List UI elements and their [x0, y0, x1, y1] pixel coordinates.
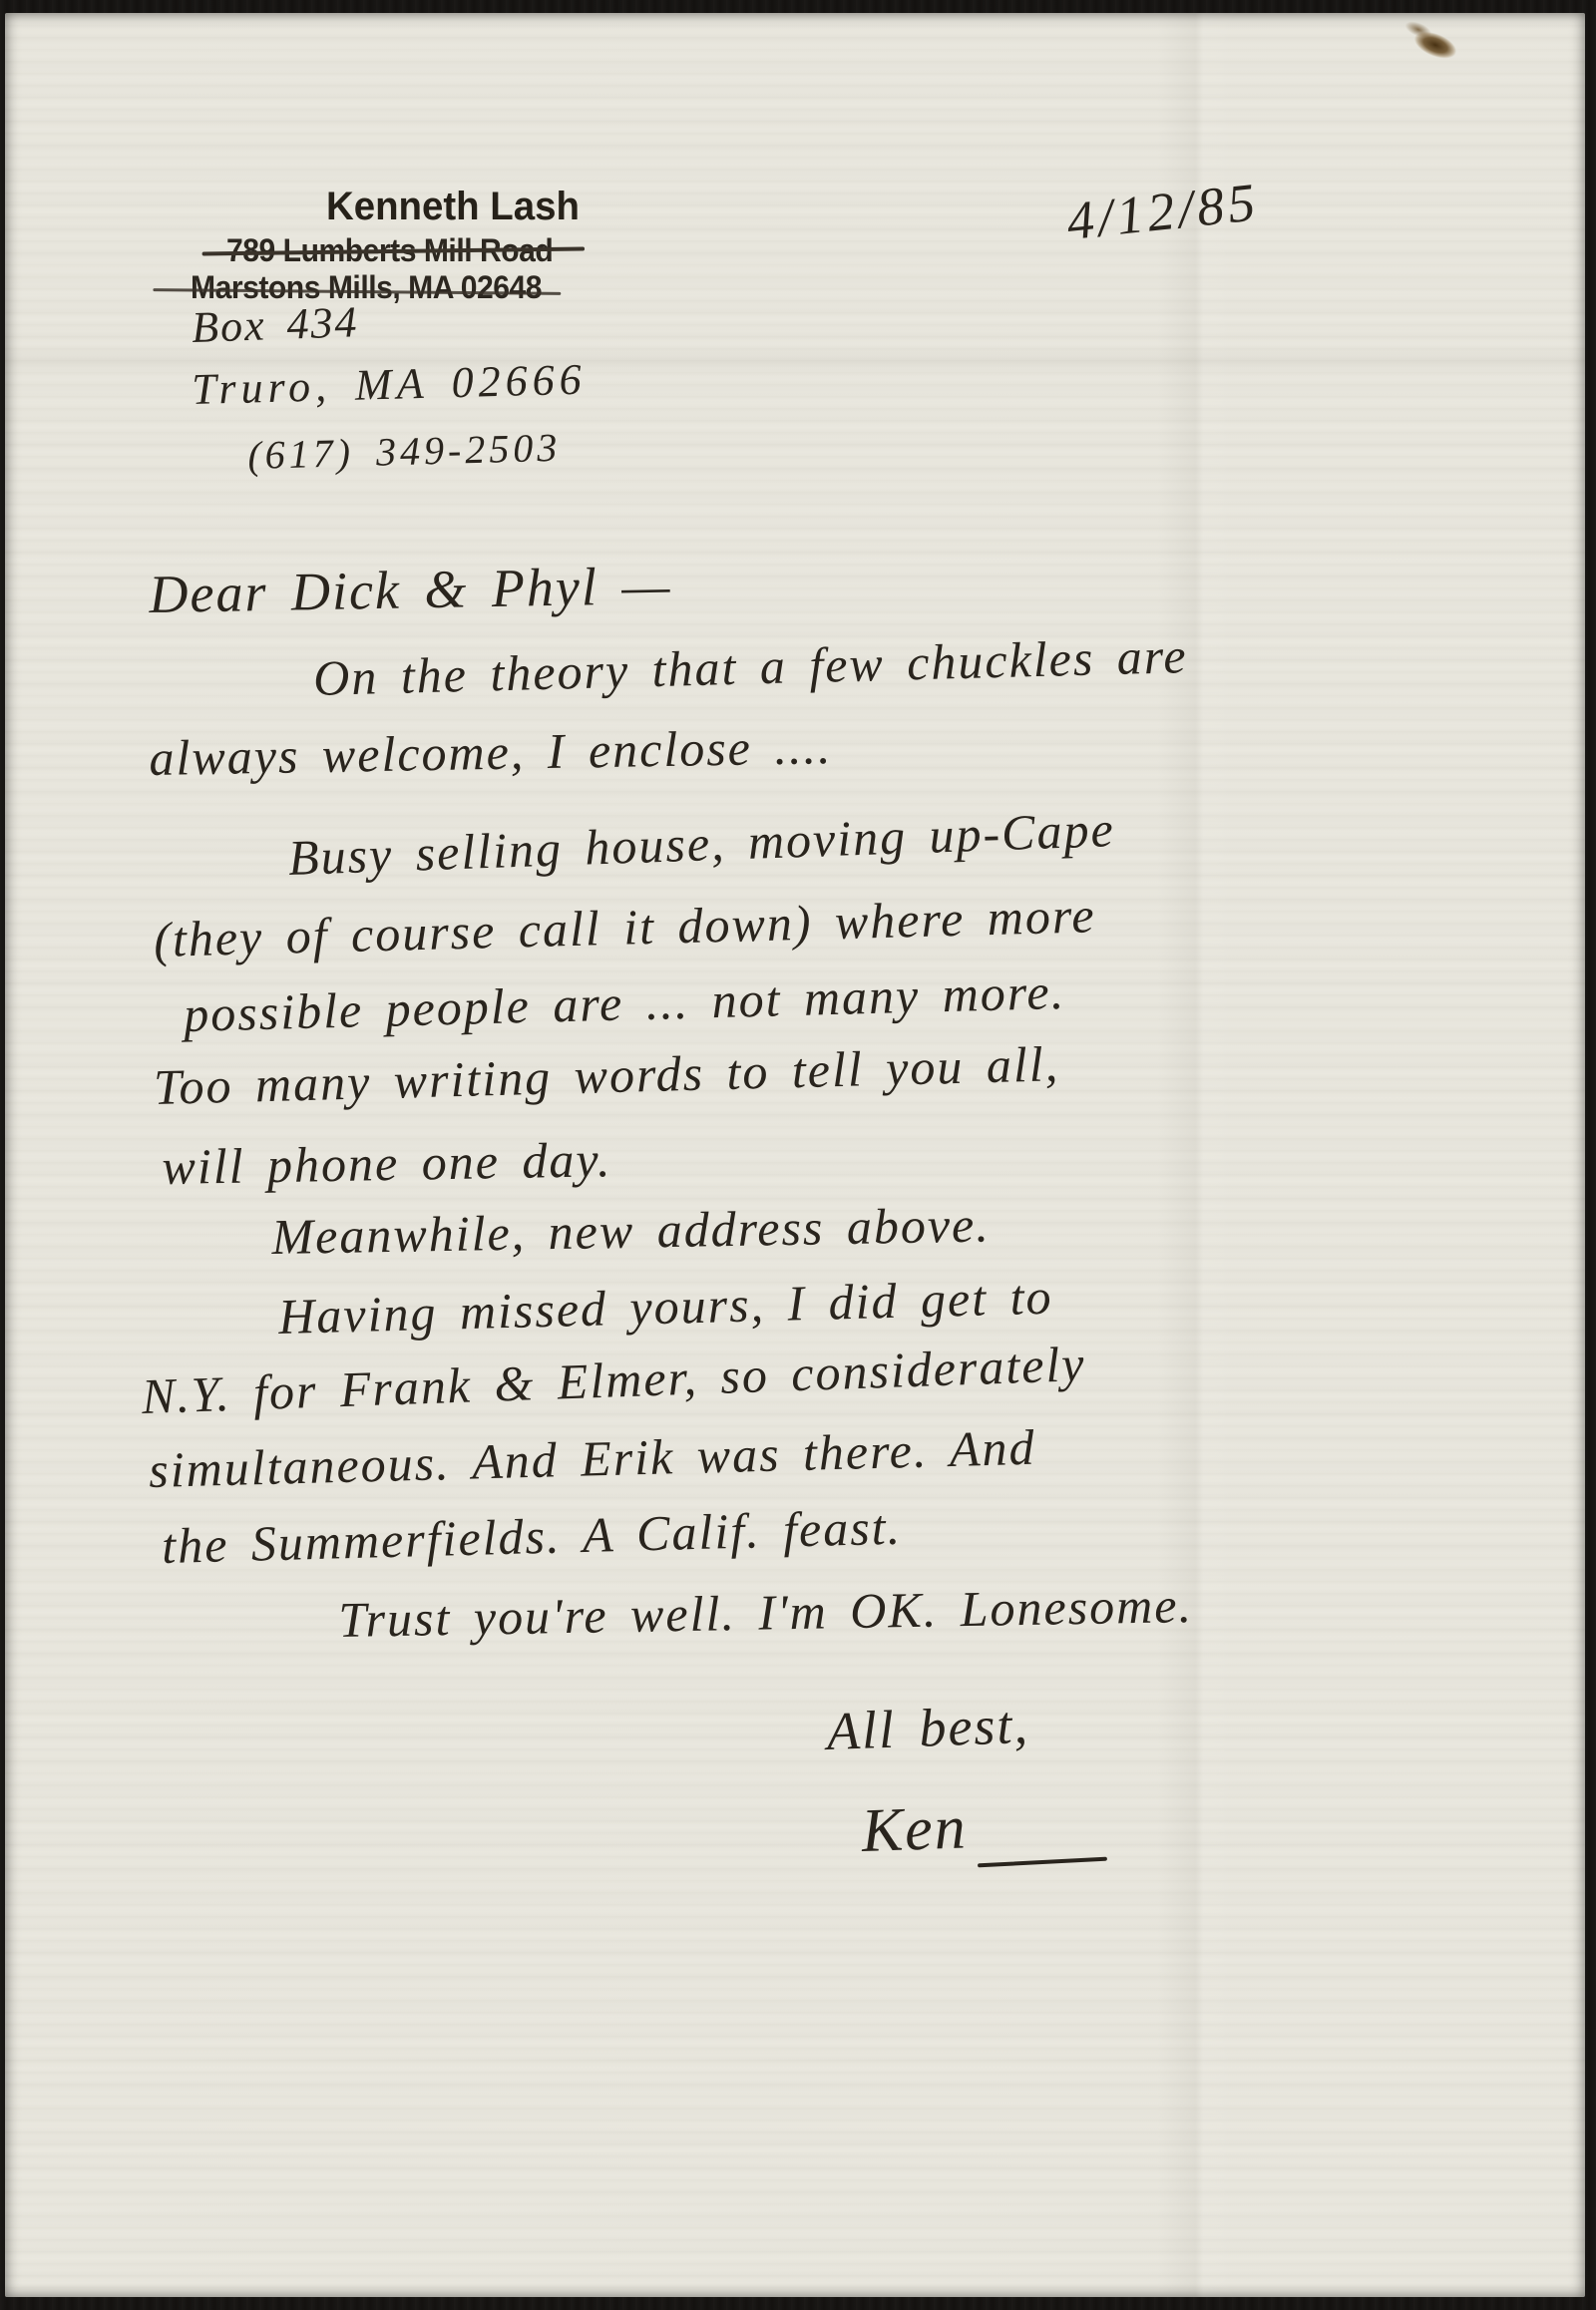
letter-paper: Kenneth Lash 789 Lumberts Mill Road Mars…: [5, 13, 1585, 2297]
body-line: will phone one day.: [162, 1130, 612, 1196]
letterhead-name: Kenneth Lash: [326, 185, 580, 229]
body-line: possible people are ... not many more.: [183, 962, 1065, 1043]
body-line: always welcome, I enclose ....: [149, 717, 833, 787]
handwritten-address-box: Box 434: [191, 296, 359, 353]
signature: Ken: [861, 1792, 969, 1867]
body-line: On the theory that a few chuckles are: [312, 626, 1188, 707]
handwritten-phone: (617) 349-2503: [247, 424, 562, 479]
paper-stain: [1395, 11, 1466, 71]
signature-flourish: [978, 1857, 1107, 1868]
scanned-letter-page: { "document": { "kind": "handwritten let…: [0, 0, 1596, 2310]
body-line: Trust you're well. I'm OK. Lonesome.: [338, 1576, 1193, 1649]
body-line: simultaneous. And Erik was there. And: [148, 1418, 1036, 1499]
body-line: the Summerfields. A Calif. feast.: [161, 1498, 902, 1575]
salutation: Dear Dick & Phyl —: [149, 555, 672, 625]
body-line: N.Y. for Frank & Elmer, so considerately: [141, 1335, 1086, 1425]
closing: All best,: [826, 1694, 1030, 1762]
body-line: Busy selling house, moving up-Cape: [287, 800, 1116, 887]
letterhead-address-line-1: 789 Lumberts Mill Road: [226, 232, 553, 269]
body-line: (they of course call it down) where more: [153, 886, 1096, 968]
body-line: Too many writing words to tell you all,: [153, 1034, 1059, 1116]
body-line: Having missed yours, I did get to: [277, 1268, 1053, 1346]
letter-date: 4/12/85: [1064, 171, 1262, 252]
handwritten-address-town: Truro, MA 02666: [192, 354, 588, 415]
body-line: Meanwhile, new address above.: [271, 1195, 991, 1266]
paper-crease-vertical: [1157, 13, 1237, 2297]
